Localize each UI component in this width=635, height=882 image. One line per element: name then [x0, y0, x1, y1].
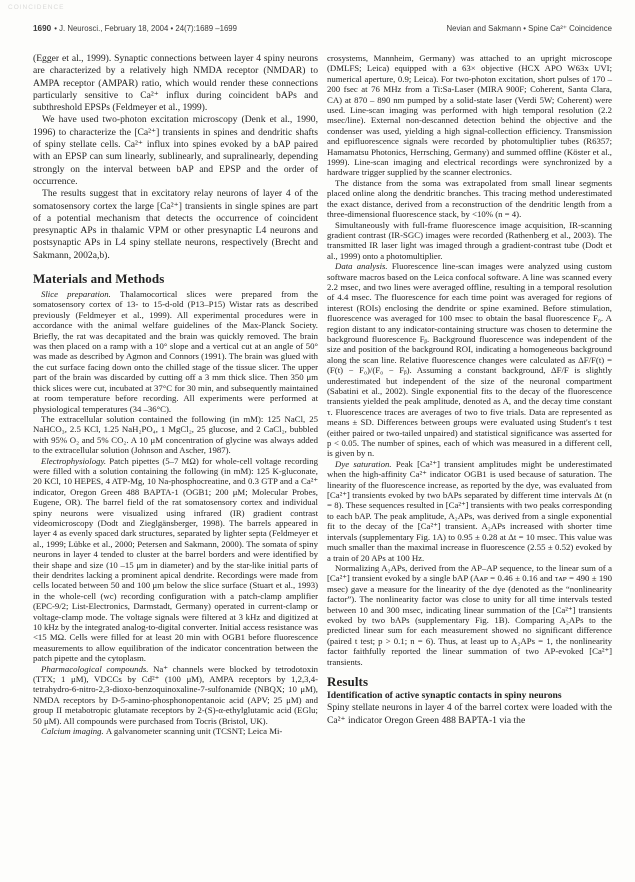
methods-paragraph-dye-saturation: Dye saturation. Peak [Ca²⁺] transient am… [327, 459, 612, 563]
methods-paragraph-pharmacological: Pharmacological compounds. Na⁺ channels … [33, 664, 318, 726]
methods-paragraph-calcium-imaging-cont: crosystems, Mannheim, Germany) was attac… [327, 53, 612, 178]
paragraph-lead: Slice preparation. [41, 289, 120, 299]
paragraph-text: The extracellular solution contained the… [33, 414, 318, 455]
running-header: 1690 • J. Neurosci., February 18, 2004 •… [33, 24, 612, 33]
paragraph-lead: Electrophysiology. [41, 456, 109, 466]
materials-methods-heading: Materials and Methods [33, 271, 318, 286]
methods-section-right: crosystems, Mannheim, Germany) was attac… [327, 53, 612, 667]
right-column: crosystems, Mannheim, Germany) was attac… [327, 53, 612, 737]
paragraph-lead: Pharmacological compounds. [41, 664, 153, 674]
paragraph-text: Normalizing A₂APs, derived from the AP–A… [327, 563, 612, 667]
paragraph-text: crosystems, Mannheim, Germany) was attac… [327, 53, 612, 177]
running-header-left: 1690 • J. Neurosci., February 18, 2004 •… [33, 24, 237, 33]
paragraph-lead: Calcium imaging. [41, 726, 106, 736]
paragraph-text: Patch pipettes (5–7 MΩ) for whole-cell v… [33, 456, 318, 664]
results-subheading: Identification of active synaptic contac… [327, 690, 612, 702]
results-section: Spiny stellate neurons in layer 4 of the… [327, 702, 612, 727]
methods-paragraph-calcium-imaging: Calcium imaging. A galvanometer scanning… [33, 726, 318, 736]
paragraph-text: The distance from the soma was extrapola… [327, 178, 612, 219]
intro-paragraph: (Egger et al., 1999). Synaptic connectio… [33, 53, 318, 114]
introduction-continuation: (Egger et al., 1999). Synaptic connectio… [33, 53, 318, 262]
methods-paragraph-slice-preparation: Slice preparation. Thalamocortical slice… [33, 289, 318, 414]
page-number: 1690 [33, 24, 51, 33]
methods-section-left: Slice preparation. Thalamocortical slice… [33, 289, 318, 736]
methods-paragraph-data-analysis: Data analysis. Fluorescence line-scan im… [327, 261, 612, 459]
methods-paragraph-extracellular: The extracellular solution contained the… [33, 414, 318, 456]
methods-paragraph-irsgc: Simultaneously with full-frame fluoresce… [327, 220, 612, 262]
left-column: (Egger et al., 1999). Synaptic connectio… [33, 53, 318, 737]
methods-paragraph-distance: The distance from the soma was extrapola… [327, 178, 612, 220]
journal-citation: • J. Neurosci., February 18, 2004 • 24(7… [54, 24, 237, 33]
paragraph-lead: Data analysis. [335, 261, 392, 271]
intro-paragraph: The results suggest that in excitatory r… [33, 188, 318, 262]
paragraph-text: Peak [Ca²⁺] transient amplitudes might b… [327, 459, 612, 563]
results-heading: Results [327, 674, 612, 689]
faint-watermark: COINCIDENCE [8, 4, 65, 11]
running-title: Nevian and Sakmann • Spine Ca²⁺ Coincide… [447, 24, 612, 33]
paragraph-text: Simultaneously with full-frame fluoresce… [327, 220, 612, 261]
page-body: (Egger et al., 1999). Synaptic connectio… [33, 53, 612, 737]
paragraph-lead: Dye saturation. [335, 459, 396, 469]
results-paragraph: Spiny stellate neurons in layer 4 of the… [327, 702, 612, 727]
paragraph-text: A galvanometer scanning unit (TCSNT; Lei… [106, 726, 282, 736]
paragraph-text: Fluorescence line-scan images were analy… [327, 261, 612, 458]
methods-paragraph-electrophysiology: Electrophysiology. Patch pipettes (5–7 M… [33, 456, 318, 664]
paragraph-text: Thalamocortical slices were prepared fro… [33, 289, 318, 413]
intro-paragraph: We have used two-photon excitation micro… [33, 114, 318, 188]
methods-paragraph-normalizing: Normalizing A₂APs, derived from the AP–A… [327, 563, 612, 667]
journal-page: { "watermark": "COINCIDENCE", "header": … [0, 0, 635, 882]
